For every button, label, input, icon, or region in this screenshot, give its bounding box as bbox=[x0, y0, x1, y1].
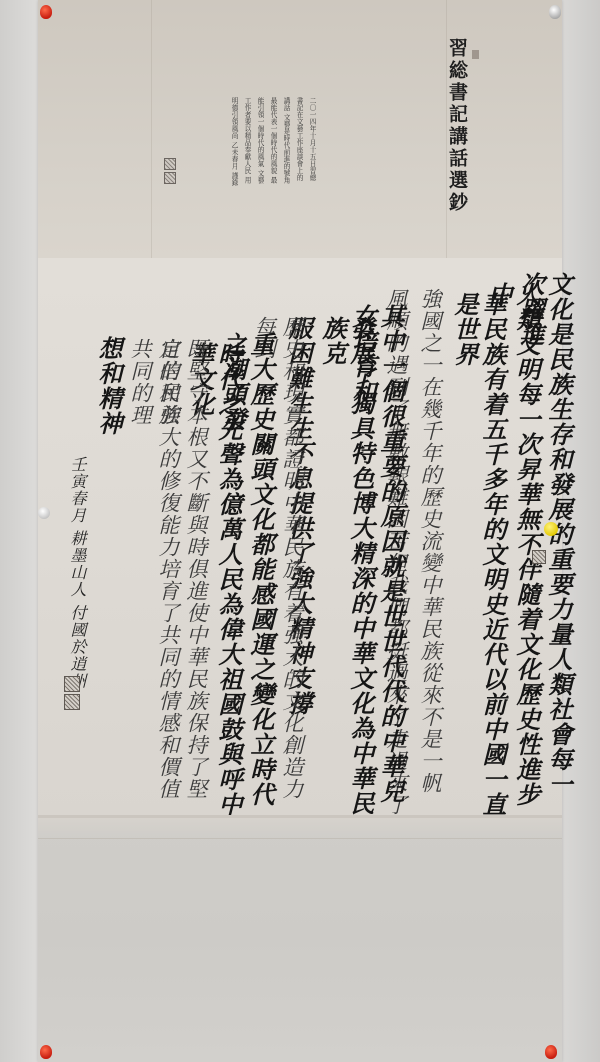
title-seal-icon bbox=[472, 50, 479, 59]
side-seal-icon bbox=[532, 550, 546, 564]
inscription-seal-icon bbox=[164, 158, 176, 170]
text-column: 強國之一在幾千年的歷史流變中華民族從來不是一帆 bbox=[416, 288, 444, 794]
artist-seal-icon bbox=[64, 676, 80, 692]
calligraphy-scroll: 習総書記講話選鈔 二〇一四年十月十五日習總書記在文藝工作座談會上的講話 文藝是時… bbox=[38, 0, 562, 1062]
silver-pushpin-icon bbox=[549, 5, 561, 19]
yellow-pushpin-icon bbox=[544, 522, 558, 536]
artist-seal-icon bbox=[64, 694, 80, 710]
text-column: 想和精神 bbox=[94, 336, 122, 436]
red-pushpin-icon bbox=[40, 5, 52, 19]
artist-signature: 壬寅春月 耕墨山人 付國於逍州 bbox=[66, 456, 89, 689]
inscription-seal-icon bbox=[164, 172, 176, 184]
scroll-title: 習総書記講話選鈔 bbox=[441, 38, 471, 214]
text-column: 華民族有着五千多年的文明史近代以前中國一直是世界 bbox=[450, 292, 506, 818]
white-pushpin-icon bbox=[38, 507, 50, 519]
scroll-top-mount: 習総書記講話選鈔 二〇一四年十月十五日習總書記在文藝工作座談會上的講話 文藝是時… bbox=[38, 0, 562, 260]
red-pushpin-icon bbox=[545, 1045, 557, 1059]
text-column: 發展了獨具特色博大精深的中華文化為中華民族克 bbox=[318, 316, 374, 818]
small-inscription: 二〇一四年十月十五日習總書記在文藝工作座談會上的講話 文藝是時代前進的號角 最能… bbox=[158, 97, 318, 187]
calligraphy-panel: 文化是民族生存和發展的重要力量人類社會每一次躍進 人類文明每一次昇華無不伴隨着文… bbox=[38, 258, 562, 818]
text-column: 自信和強大的修復能力培育了共同的情感和價值共同的理 bbox=[126, 338, 182, 818]
red-pushpin-icon bbox=[40, 1045, 52, 1059]
scroll-bottom-mount bbox=[38, 818, 562, 1062]
